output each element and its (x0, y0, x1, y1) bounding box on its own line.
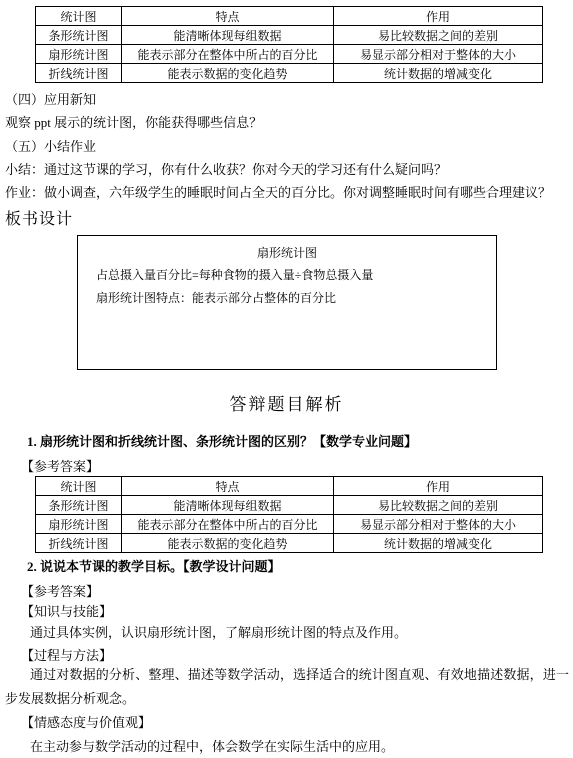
col-header-feature: 特点 (122, 477, 334, 496)
defense-title: 答辩题目解析 (0, 390, 573, 415)
table-cell: 能清晰体现每组数据 (122, 496, 334, 515)
table-cell: 能清晰体现每组数据 (122, 26, 334, 45)
table-row: 扇形统计图 能表示部分在整体中所占的百分比 易显示部分相对于整体的大小 (36, 45, 543, 64)
process-method-label: 【过程与方法】 (21, 645, 112, 664)
knowledge-skill-text: 通过具体实例，认识扇形统计图，了解扇形统计图的特点及作用。 (30, 622, 407, 641)
emotion-value-label: 【情感态度与价值观】 (21, 712, 151, 731)
emotion-value-text: 在主动参与数学活动的过程中，体会数学在实际生活中的应用。 (30, 736, 394, 755)
ref-answer-label-2: 【参考答案】 (21, 581, 99, 600)
section4-heading: （四）应用新知 (5, 89, 96, 108)
defense-question-1: 1. 扇形统计图和折线统计图、条形统计图的区别？【数学专业问题】 (27, 431, 417, 450)
board-box-title: 扇形统计图 (78, 244, 496, 261)
board-formula-line: 占总摄入量百分比=每种食物的摄入量÷食物总摄入量 (96, 266, 373, 283)
col-header-chart: 统计图 (36, 7, 122, 26)
stats-table-top: 统计图 特点 作用 条形统计图 能清晰体现每组数据 易比较数据之间的差别 扇形统… (35, 6, 543, 83)
board-design-box: 扇形统计图 占总摄入量百分比=每种食物的摄入量÷食物总摄入量 扇形统计图特点：能… (77, 235, 497, 370)
board-design-heading: 板书设计 (5, 206, 73, 229)
observe-line: 观察 ppt 展示的统计图，你能获得哪些信息？ (5, 112, 262, 131)
table-header-row: 统计图 特点 作用 (36, 7, 543, 26)
table-cell: 条形统计图 (36, 496, 122, 515)
table-row: 扇形统计图 能表示部分在整体中所占的百分比 易显示部分相对于整体的大小 (36, 515, 543, 534)
table-cell: 能表示部分在整体中所占的百分比 (122, 45, 334, 64)
table-cell: 易比较数据之间的差别 (334, 26, 543, 45)
col-header-effect: 作用 (334, 477, 543, 496)
table-cell: 扇形统计图 (36, 45, 122, 64)
process-method-text: 通过对数据的分析、整理、描述等数学活动，选择适合的统计图直观、有效地描述数据，进… (5, 663, 569, 711)
knowledge-skill-label: 【知识与技能】 (21, 601, 112, 620)
table-row: 条形统计图 能清晰体现每组数据 易比较数据之间的差别 (36, 26, 543, 45)
board-feature-line: 扇形统计图特点：能表示部分占整体的百分比 (96, 289, 336, 306)
stats-table-answer: 统计图 特点 作用 条形统计图 能清晰体现每组数据 易比较数据之间的差别 扇形统… (35, 476, 543, 553)
table-cell: 能表示数据的变化趋势 (122, 64, 334, 83)
table-cell: 统计数据的增减变化 (334, 64, 543, 83)
table-cell: 折线统计图 (36, 64, 122, 83)
table-header-row: 统计图 特点 作用 (36, 477, 543, 496)
table-cell: 易显示部分相对于整体的大小 (334, 515, 543, 534)
table-cell: 能表示部分在整体中所占的百分比 (122, 515, 334, 534)
table-cell: 条形统计图 (36, 26, 122, 45)
col-header-effect: 作用 (334, 7, 543, 26)
table-cell: 统计数据的增减变化 (334, 534, 543, 553)
summary-line: 小结：通过这节课的学习，你有什么收获？你对今天的学习还有什么疑问吗？ (5, 159, 447, 178)
table-row: 折线统计图 能表示数据的变化趋势 统计数据的增减变化 (36, 534, 543, 553)
table-row: 折线统计图 能表示数据的变化趋势 统计数据的增减变化 (36, 64, 543, 83)
homework-line: 作业：做小调查，六年级学生的睡眠时间占全天的百分比。你对调整睡眠时间有哪些合理建… (5, 182, 551, 201)
table-cell: 能表示数据的变化趋势 (122, 534, 334, 553)
defense-question-2: 2. 说说本节课的教学目标。【教学设计问题】 (27, 556, 281, 575)
table-row: 条形统计图 能清晰体现每组数据 易比较数据之间的差别 (36, 496, 543, 515)
document-page: 统计图 特点 作用 条形统计图 能清晰体现每组数据 易比较数据之间的差别 扇形统… (0, 0, 573, 758)
col-header-chart: 统计图 (36, 477, 122, 496)
table-cell: 扇形统计图 (36, 515, 122, 534)
table-cell: 易比较数据之间的差别 (334, 496, 543, 515)
table-cell: 易显示部分相对于整体的大小 (334, 45, 543, 64)
col-header-feature: 特点 (122, 7, 334, 26)
section5-heading: （五）小结作业 (5, 136, 96, 155)
table-cell: 折线统计图 (36, 534, 122, 553)
ref-answer-label-1: 【参考答案】 (21, 456, 99, 475)
